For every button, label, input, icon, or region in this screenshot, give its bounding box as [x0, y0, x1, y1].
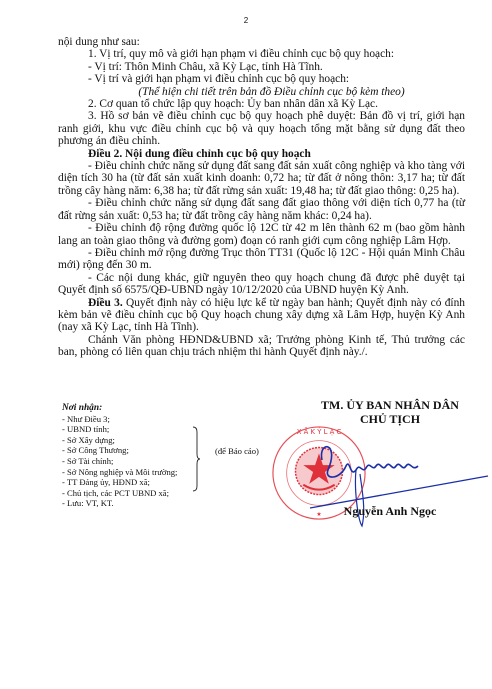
paragraph: Chánh Văn phòng HĐND&UBND xã; Trưởng phò… — [58, 334, 465, 359]
paragraph: - Điều chỉnh mở rộng đường Trục thôn TT3… — [58, 247, 465, 272]
recipient-item: - Sở Tài chính; — [62, 456, 177, 467]
recipients-title: Nơi nhận: — [62, 403, 177, 414]
recipient-item: - TT Đảng ủy, HĐND xã; — [62, 477, 177, 488]
report-note: (để Báo cáo) — [215, 446, 259, 456]
recipient-item: - Sở Nông nghiệp và Môi trường; — [62, 467, 177, 478]
article-3-label: Điều 3. — [88, 297, 123, 309]
recipient-item: - Như Điều 3; — [62, 414, 177, 425]
brace-icon — [192, 426, 200, 492]
paragraph: 2. Cơ quan tổ chức lập quy hoạch: Ủy ban… — [58, 98, 465, 110]
signature-header: TM. ỦY BAN NHÂN DÂN CHỦ TỊCH — [300, 398, 480, 426]
recipients-block: Nơi nhận: - Như Điều 3; - UBND tỉnh; - S… — [62, 403, 177, 509]
recipient-item: - Sở Công Thương; — [62, 445, 177, 456]
paragraph: - Điều chỉnh độ rộng đường quốc lộ 12C t… — [58, 222, 465, 247]
note-italic: (Thể hiện chi tiết trên bản đồ Điều chỉn… — [58, 86, 465, 98]
signer-name: Nguyễn Anh Ngọc — [300, 504, 480, 519]
paragraph: - Vị trí: Thôn Minh Châu, xã Kỳ Lạc, tỉn… — [58, 61, 465, 73]
article-3-paragraph: Điều 3. Quyết định này có hiệu lực kể từ… — [58, 297, 465, 334]
paragraph: 1. Vị trí, quy mô và giới hạn phạm vi đi… — [58, 48, 465, 60]
paragraph: - Điều chỉnh chức năng sử dụng đất sang … — [58, 197, 465, 222]
recipient-item: - Chủ tịch, các PCT UBND xã; — [62, 488, 177, 499]
recipient-item: - UBND tỉnh; — [62, 424, 177, 435]
page-number: 2 — [0, 16, 492, 25]
paragraph: - Vị trí và giới hạn phạm vi điều chỉnh … — [58, 73, 465, 85]
paragraph: - Các nội dung khác, giữ nguyên theo quy… — [58, 272, 465, 297]
recipient-item: - Lưu: VT, KT. — [62, 498, 177, 509]
paragraph: nội dung như sau: — [58, 36, 465, 48]
recipient-item: - Sở Xây dựng; — [62, 435, 177, 446]
document-body: nội dung như sau: 1. Vị trí, quy mô và g… — [58, 36, 465, 359]
org-line: TM. ỦY BAN NHÂN DÂN — [300, 398, 480, 412]
article-2-heading: Điều 2. Nội dung điều chỉnh cục bộ quy h… — [58, 148, 465, 160]
paragraph: 3. Hồ sơ bản vẽ điều chỉnh cục bộ quy ho… — [58, 110, 465, 147]
paragraph: - Điều chỉnh chức năng sử dụng đất sang … — [58, 160, 465, 197]
